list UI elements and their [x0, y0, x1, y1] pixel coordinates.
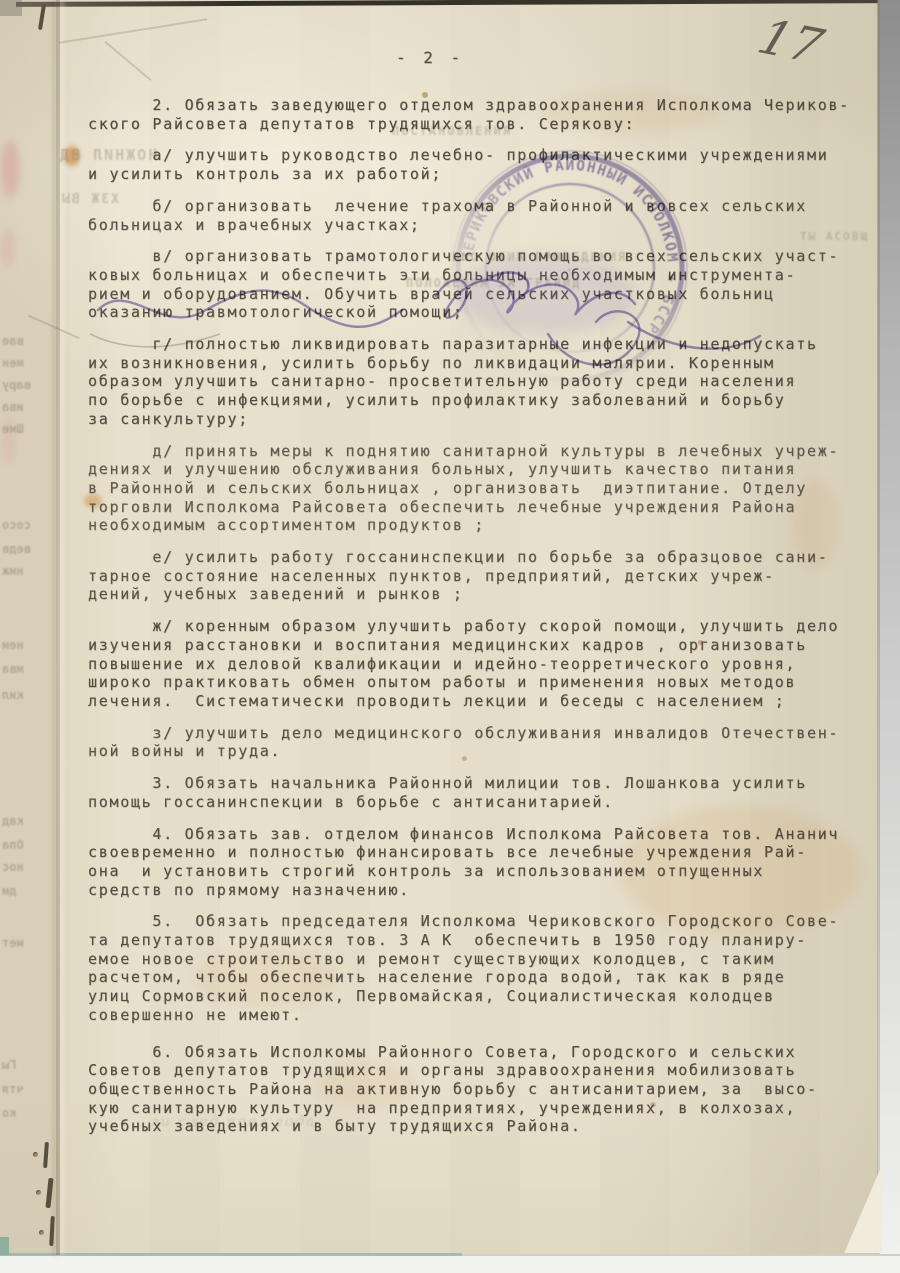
- red-smudge: [0, 228, 16, 268]
- text-line: широко практиковать обмен опытом работы …: [88, 673, 870, 692]
- text-line: улиц Сормовский поселок, Первомайская, С…: [88, 987, 870, 1006]
- right-scanner-strip: [878, 0, 900, 1255]
- margin-bleed-fragment: сосо: [2, 518, 31, 532]
- paragraph-n3: 3. Обязать начальника Районной милиции т…: [88, 774, 870, 811]
- bottom-grey-edge: [462, 1254, 900, 1256]
- paragraph-d: д/ принять меры к поднятию санитарной ку…: [88, 442, 870, 536]
- margin-bleed-fragment: нмж: [2, 564, 24, 578]
- margin-bleed-fragment: нем: [2, 638, 24, 652]
- stitch-hole: [39, 1230, 44, 1235]
- text-line: емое новое строительство и ремонт сущест…: [88, 950, 870, 969]
- page-number: - 2 -: [396, 48, 464, 67]
- text-line: 2. Обязать заведующего отделом здравоохр…: [88, 96, 870, 115]
- margin-bleed-fragment: Гы: [2, 1058, 16, 1072]
- text-line: необходимым ассортиментом продуктов ;: [88, 516, 870, 535]
- paragraph-e: е/ усилить работу госсанинспекции по бор…: [88, 548, 870, 604]
- bottom-scanner-strip: [0, 1255, 900, 1273]
- signature-scrawl: [70, 238, 800, 398]
- text-line: она и установить строгий контроль за исп…: [88, 862, 870, 881]
- text-line: ной войны и труда.: [88, 742, 870, 761]
- text-line: 4. Обязать зав. отделом финансов Исполко…: [88, 825, 870, 844]
- margin-bleed-fragment: вае: [2, 334, 24, 348]
- margin-bleed-fragment: ива: [2, 400, 24, 414]
- text-line: з/ улучшить дело медицинского обслуживан…: [88, 724, 870, 743]
- paragraph-n4: 4. Обязать зав. отделом финансов Исполко…: [88, 825, 870, 900]
- text-line: расчетом, чтобы обеспечить население гор…: [88, 968, 870, 987]
- text-line: изучения расстановки и воспитания медици…: [88, 636, 870, 655]
- text-line: дениях и улучшению обслуживания больных,…: [88, 460, 870, 479]
- stitch-hole: [36, 1190, 41, 1195]
- text-line: кую санитарную культуру на предприятиях,…: [88, 1099, 870, 1118]
- margin-bleed-fragment: Шме: [2, 422, 24, 436]
- text-line: повышение их деловой квалификации и идей…: [88, 655, 870, 674]
- margin-bleed-fragment: дм: [2, 884, 16, 898]
- text-line: своевременно и полностью финансировать в…: [88, 843, 870, 862]
- text-line: совершенно не имеют.: [88, 1006, 870, 1025]
- text-line: учебных заведениях и в быту трудящихся Р…: [88, 1117, 870, 1136]
- text-line: тарное состояние населенных пунктов, пре…: [88, 567, 870, 586]
- binding-fold: [56, 0, 60, 1255]
- margin-bleed-fragment: мен: [2, 356, 24, 370]
- text-line: 6. Обязать Исполкомы Районного Совета, Г…: [88, 1043, 870, 1062]
- bottom-teal-edge: [0, 1253, 462, 1256]
- text-line: в Районной и сельских больницах , органи…: [88, 479, 870, 498]
- right-page-edge: [877, 0, 880, 1255]
- text-line: средств по прямому назначению.: [88, 881, 870, 900]
- text-line: лечения. Систематически проводить лекции…: [88, 692, 870, 711]
- margin-bleed-fragment: кил: [2, 688, 24, 702]
- paragraph-n5: 5. Обязать председателя Исполкома Черико…: [88, 912, 870, 1024]
- margin-bleed-fragment: вару: [2, 378, 31, 392]
- margin-bleed-fragment: ведв: [2, 542, 31, 556]
- margin-bleed-fragment: кад: [2, 814, 24, 828]
- margin-bleed-fragment: мва: [2, 662, 24, 676]
- text-line: е/ усилить работу госсанинспекции по бор…: [88, 548, 870, 567]
- margin-bleed-fragment: мет: [2, 936, 24, 950]
- text-line: торговли Исполкома Райсовета обеспечить …: [88, 498, 870, 517]
- paragraph-zh: ж/ коренным образом улучшить работу скор…: [88, 617, 870, 711]
- text-line: общественность Района на активную борьбу…: [88, 1080, 870, 1099]
- text-line: 3. Обязать начальника Районной милиции т…: [88, 774, 870, 793]
- text-line: помощь госсанинспекции в борьбе с антиса…: [88, 793, 870, 812]
- bottom-left-teal-corner: [0, 1237, 9, 1255]
- text-line: 5. Обязать председателя Исполкома Черико…: [88, 912, 870, 931]
- text-line: дений, учебных заведений и рынков ;: [88, 585, 870, 604]
- stitch-hole: [33, 1152, 38, 1157]
- red-smudge: [0, 140, 20, 198]
- paragraph-z: з/ улучшить дело медицинского обслуживан…: [88, 724, 870, 761]
- text-line: д/ принять меры к поднятию санитарной ку…: [88, 442, 870, 461]
- paragraph-n6: 6. Обязать Исполкомы Районного Совета, Г…: [88, 1043, 870, 1137]
- margin-bleed-fragment: чтя: [2, 1082, 24, 1096]
- margin-bleed-fragment: Опа: [2, 838, 24, 852]
- text-line: та депутатов трудящихся тов. З А К обесп…: [88, 931, 870, 950]
- document-scan: НОЖНИЛ ВДХЗЖ ВЫПОСТАНОВЛЕНИЯТЫ АСОВЩВНО …: [0, 0, 900, 1273]
- margin-bleed-fragment: нос: [2, 860, 24, 874]
- text-line: Советов депутатов трудящихся и органы зд…: [88, 1061, 870, 1080]
- text-line: ж/ коренным образом улучшить работу скор…: [88, 617, 870, 636]
- margin-bleed-fragment: ко: [2, 1106, 16, 1120]
